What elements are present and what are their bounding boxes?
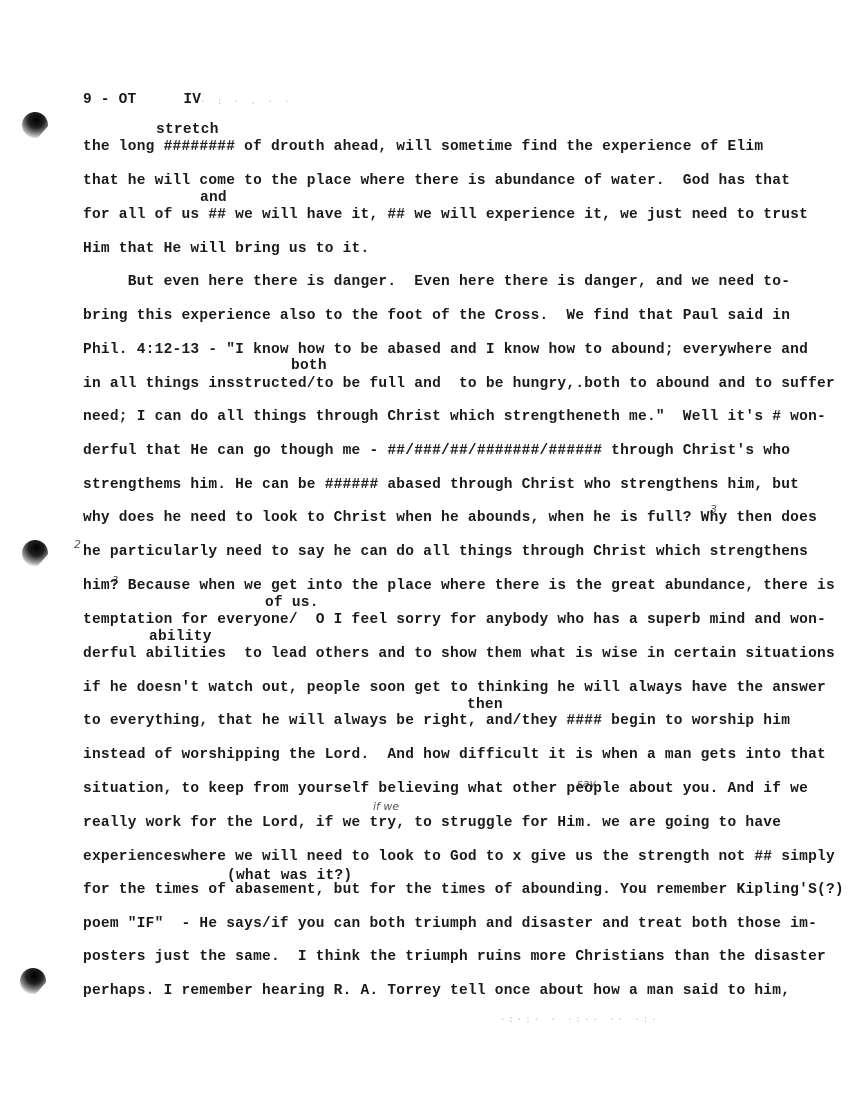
text-line-3: for all of us ## we will have it, ## we … [83, 207, 808, 223]
insertion-ability: ability [149, 629, 212, 645]
text-line-9: need; I can do all things through Christ… [83, 409, 826, 425]
section-label: IV [183, 92, 201, 108]
text-line-1: the long ######## of drouth ahead, will … [83, 139, 763, 155]
text-line-4: Him that He will bring us to it. [83, 241, 369, 257]
text-line-22: experienceswhere we will need to look to… [83, 849, 835, 865]
handwritten-number-2: 2 [74, 538, 81, 551]
text-line-15: temptation for everyone/ O I feel sorry … [83, 612, 826, 628]
insertion-and: and [200, 190, 227, 206]
text-line-7: Phil. 4:12-13 - "I know how to be abased… [83, 342, 808, 358]
binder-hole-top [22, 112, 48, 138]
insertion-of-us: of us. [265, 595, 319, 611]
text-line-23: for the times of abasement, but for the … [83, 882, 844, 898]
typewritten-page: 9 - OT IV stretch and both of us. abilit… [0, 0, 850, 1105]
text-line-11: strengthems him. He can be ###### abased… [83, 477, 799, 493]
handwritten-if-we: if we [373, 800, 399, 813]
scan-noise: · : · . · · [200, 97, 292, 107]
text-line-24: poem "IF" - He says/if you can both triu… [83, 916, 817, 932]
scan-noise: ·:·:· · ·:·· ·· ·:· [500, 1015, 660, 1025]
text-line-17: if he doesn't watch out, people soon get… [83, 680, 826, 696]
text-line-2: that he will come to the place where the… [83, 173, 790, 189]
text-line-16: derful abilities to lead others and to s… [83, 646, 835, 662]
text-line-13: he particularly need to say he can do al… [83, 544, 808, 560]
text-line-5: But even here there is danger. Even here… [83, 274, 790, 290]
text-line-8: in all things insstructed/to be full and… [83, 376, 835, 392]
binder-hole-middle [22, 540, 48, 566]
text-line-19: instead of worshipping the Lord. And how… [83, 747, 826, 763]
insertion-stretch: stretch [156, 122, 219, 138]
text-line-6: bring this experience also to the foot o… [83, 308, 790, 324]
text-line-18: to everything, that he will always be ri… [83, 713, 790, 729]
text-line-10: derful that He can go though me - ##/###… [83, 443, 790, 459]
text-line-14: him? Because when we get into the place … [83, 578, 835, 594]
page-number: 9 - OT [83, 92, 136, 108]
text-line-20: situation, to keep from yourself believi… [83, 781, 808, 797]
text-line-26: perhaps. I remember hearing R. A. Torrey… [83, 983, 790, 999]
insertion-both: both [291, 358, 327, 374]
text-line-12: why does he need to look to Christ when … [83, 510, 817, 526]
insertion-then: then [467, 697, 503, 713]
text-line-25: posters just the same. I think the trium… [83, 949, 826, 965]
text-line-21: really work for the Lord, if we try, to … [83, 815, 781, 831]
binder-hole-bottom [20, 968, 46, 994]
